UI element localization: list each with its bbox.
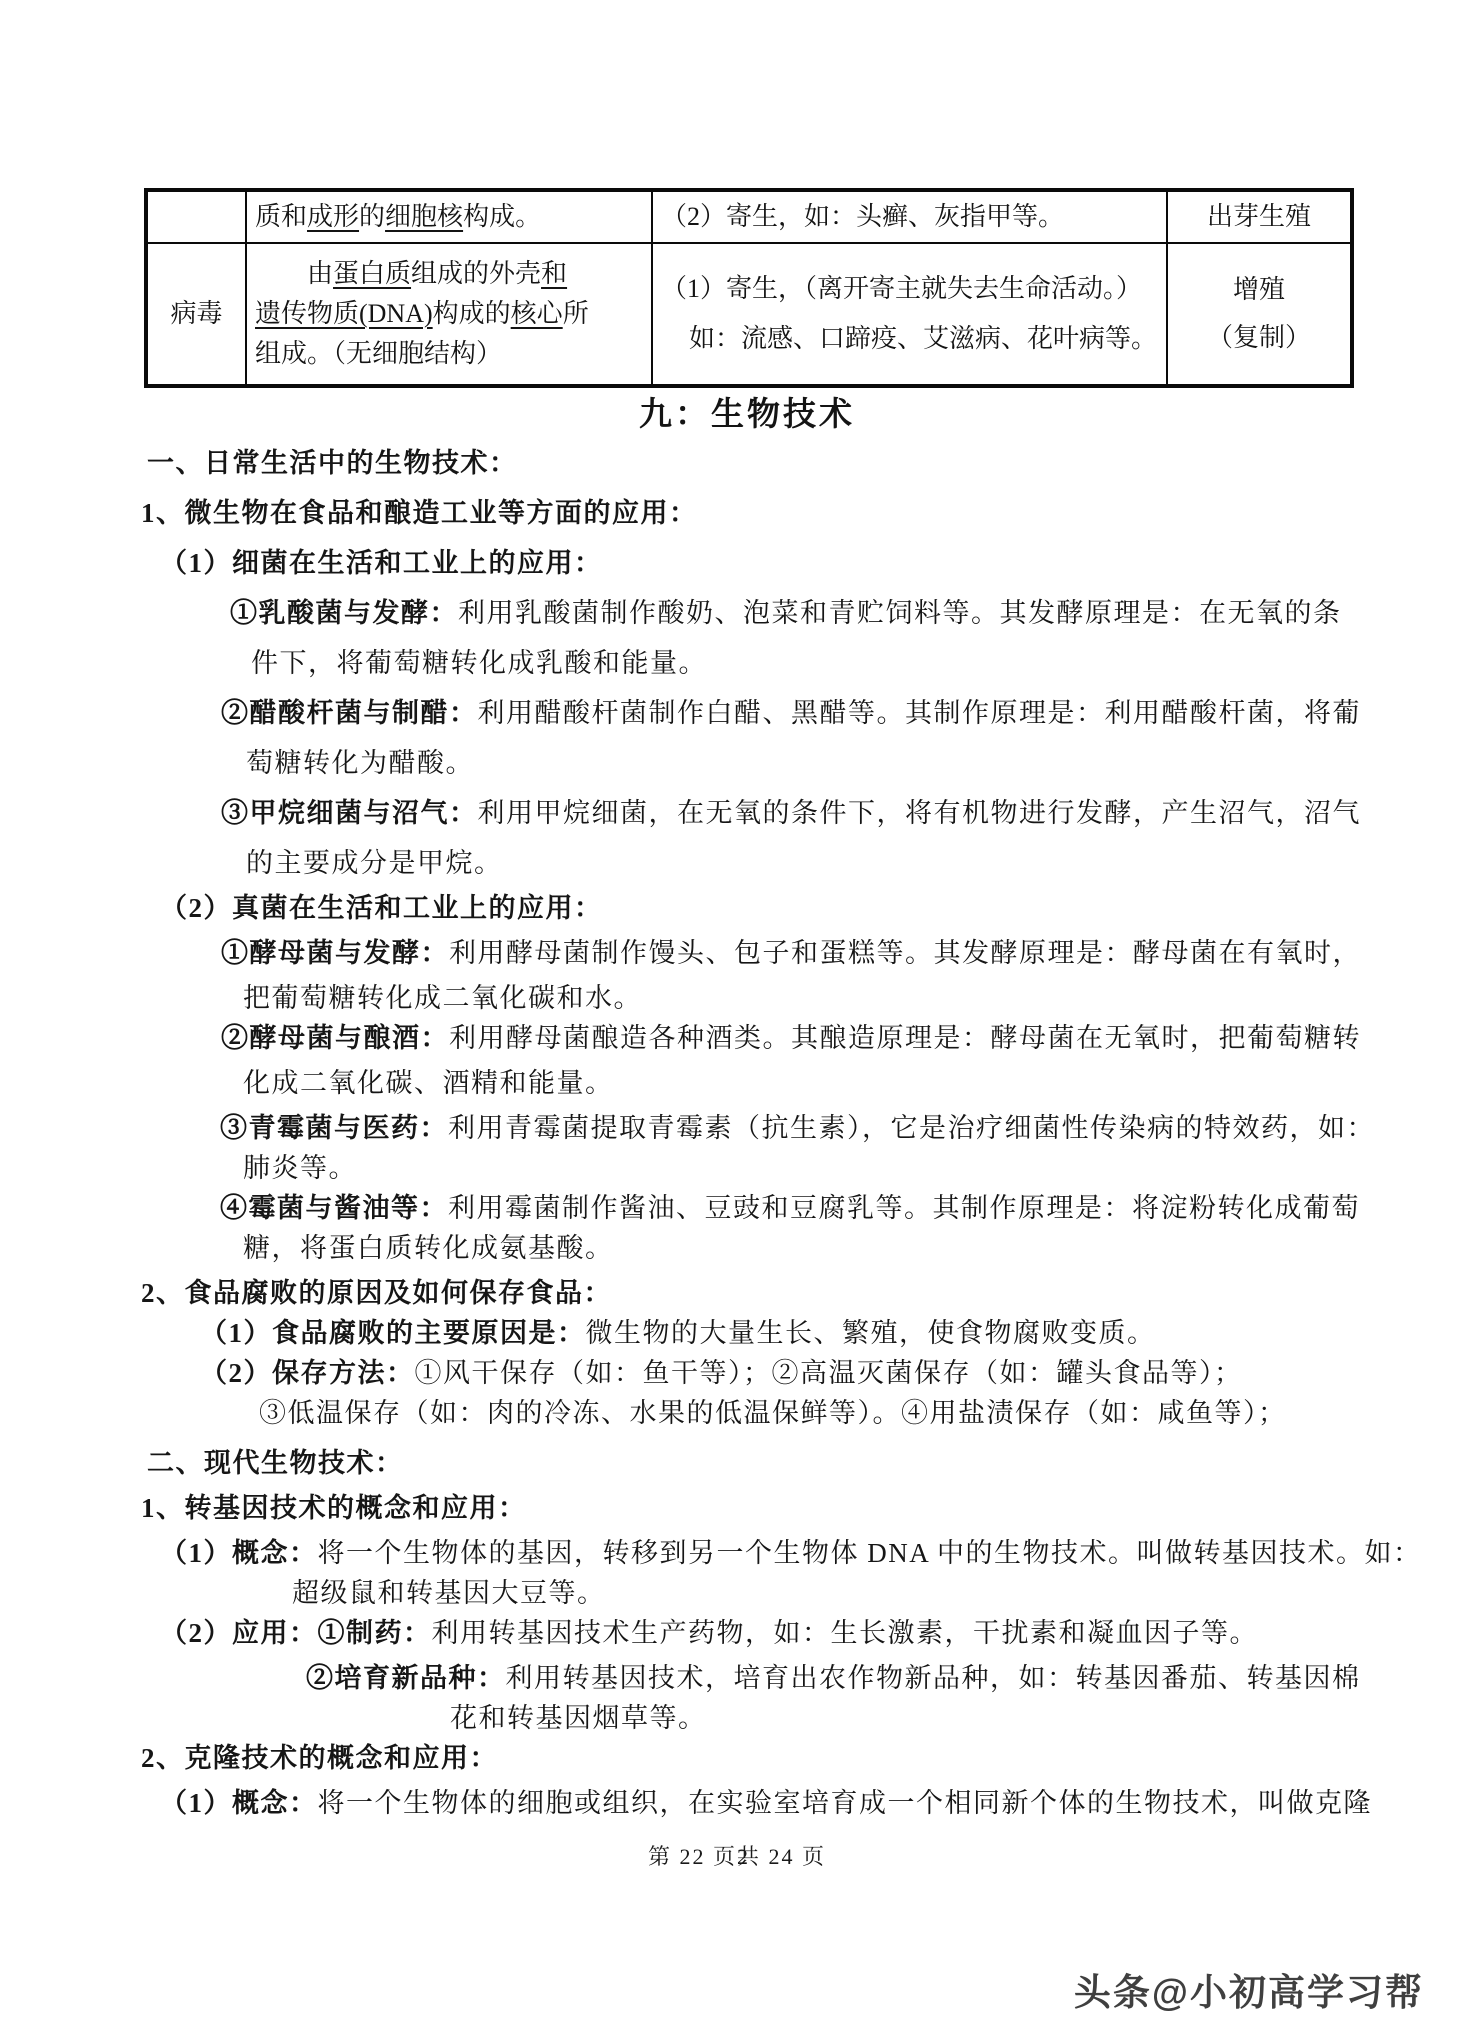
table-cell-nutrition: （1）寄生，（离开寄主就失去生命活动。） 如：流感、口蹄疫、艾滋病、花叶病等。 — [652, 243, 1167, 386]
page-title: 九：生物技术 — [144, 388, 1350, 435]
text-line: 二、现代生物技术： — [147, 1446, 1474, 1480]
page-footer: 第 22 页2共 24 页 — [0, 1840, 1474, 1871]
body-text: 一、日常生活中的生物技术：1、微生物在食品和酿造工业等方面的应用：（1）细菌在生… — [0, 446, 1474, 1820]
text-line: ②酵母菌与酿酒：利用酵母菌酿造各种酒类。其酿造原理是：酵母菌在无氧时，把葡萄糖转 — [221, 1021, 1474, 1055]
text-line: （1）概念：将一个生物体的细胞或组织，在实验室培育成一个相同新个体的生物技术，叫… — [160, 1786, 1474, 1820]
table-row: 病毒 由蛋白质组成的外壳和 遗传物质(DNA)构成的核心所 组成。（无细胞结构）… — [146, 243, 1352, 386]
text-line: （1）细菌在生活和工业上的应用： — [160, 546, 1474, 580]
text-line: （1）概念：将一个生物体的基因，转移到另一个生物体 DNA 中的生物技术。叫做转… — [160, 1536, 1474, 1570]
table-cell-reproduction: 增殖 （复制） — [1167, 243, 1352, 386]
text-line: （2）真菌在生活和工业上的应用： — [160, 891, 1474, 925]
organism-table: 质和成形的细胞核构成。 （2）寄生，如：头癣、灰指甲等。 出芽生殖 病毒 由蛋白… — [144, 188, 1354, 388]
text-line: 一、日常生活中的生物技术： — [147, 446, 1474, 480]
document-page: 质和成形的细胞核构成。 （2）寄生，如：头癣、灰指甲等。 出芽生殖 病毒 由蛋白… — [0, 0, 1474, 2041]
text-line: 1、转基因技术的概念和应用： — [141, 1491, 1474, 1525]
text-line: 化成二氧化碳、酒精和能量。 — [243, 1066, 1474, 1100]
text-line: 2、克隆技术的概念和应用： — [141, 1741, 1474, 1775]
text-line: （2）应用：①制药：利用转基因技术生产药物，如：生长激素，干扰素和凝血因子等。 — [160, 1616, 1474, 1650]
text-line: 件下，将葡萄糖转化成乳酸和能量。 — [251, 646, 1474, 680]
watermark: 头条@小初高学习帮 — [1074, 1962, 1424, 2016]
text-line: ①酵母菌与发酵：利用酵母菌制作馒头、包子和蛋糕等。其发酵原理是：酵母菌在有氧时， — [221, 936, 1474, 970]
text-line: ③甲烷细菌与沼气：利用甲烷细菌，在无氧的条件下，将有机物进行发酵，产生沼气，沼气 — [221, 796, 1474, 830]
text-line: 的主要成分是甲烷。 — [246, 846, 1474, 880]
text-line: （2）保存方法：①风干保存（如：鱼干等）；②高温灭菌保存（如：罐头食品等）； — [200, 1356, 1474, 1390]
text-line: 把葡萄糖转化成二氧化碳和水。 — [243, 981, 1474, 1015]
text-line: 1、微生物在食品和酿造工业等方面的应用： — [141, 496, 1474, 530]
text-line: ①乳酸菌与发酵：利用乳酸菌制作酸奶、泡菜和青贮饲料等。其发酵原理是：在无氧的条 — [230, 596, 1474, 630]
table-cell-organism: 病毒 — [146, 243, 246, 386]
table-row: 质和成形的细胞核构成。 （2）寄生，如：头癣、灰指甲等。 出芽生殖 — [146, 190, 1352, 243]
footer-page-label: 第 22 页 — [648, 1844, 737, 1869]
table-cell-nutrition: （2）寄生，如：头癣、灰指甲等。 — [652, 190, 1167, 243]
text-line: （1）食品腐败的主要原因是：微生物的大量生长、繁殖，使食物腐败变质。 — [200, 1316, 1474, 1350]
text-line: 超级鼠和转基因大豆等。 — [292, 1576, 1474, 1610]
text-line: ②培育新品种：利用转基因技术，培育出农作物新品种，如：转基因番茄、转基因棉 — [306, 1661, 1474, 1695]
text-line: ④霉菌与酱油等：利用霉菌制作酱油、豆豉和豆腐乳等。其制作原理是：将淀粉转化成葡萄 — [220, 1191, 1474, 1225]
text-line: 糖，将蛋白质转化成氨基酸。 — [243, 1231, 1474, 1265]
table-cell-structure: 由蛋白质组成的外壳和 遗传物质(DNA)构成的核心所 组成。（无细胞结构） — [246, 243, 652, 386]
text-line: ③低温保存（如：肉的冷冻、水果的低温保鲜等）。④用盐渍保存（如：咸鱼等）； — [259, 1396, 1474, 1430]
table-cell-reproduction: 出芽生殖 — [1167, 190, 1352, 243]
text-line: 花和转基因烟草等。 — [450, 1701, 1474, 1735]
text-line: 萄糖转化为醋酸。 — [246, 746, 1474, 780]
text-line: 肺炎等。 — [243, 1151, 1474, 1185]
table-cell-structure: 质和成形的细胞核构成。 — [246, 190, 652, 243]
text-line: ②醋酸杆菌与制醋：利用醋酸杆菌制作白醋、黑醋等。其制作原理是：利用醋酸杆菌，将葡 — [221, 696, 1474, 730]
text-line: ③青霉菌与医药：利用青霉菌提取青霉素（抗生素），它是治疗细菌性传染病的特效药，如… — [220, 1111, 1474, 1145]
text-line: 2、食品腐败的原因及如何保存食品： — [141, 1276, 1474, 1310]
table-cell-organism — [146, 190, 246, 243]
footer-total-label: 共 24 页 — [737, 1844, 826, 1869]
